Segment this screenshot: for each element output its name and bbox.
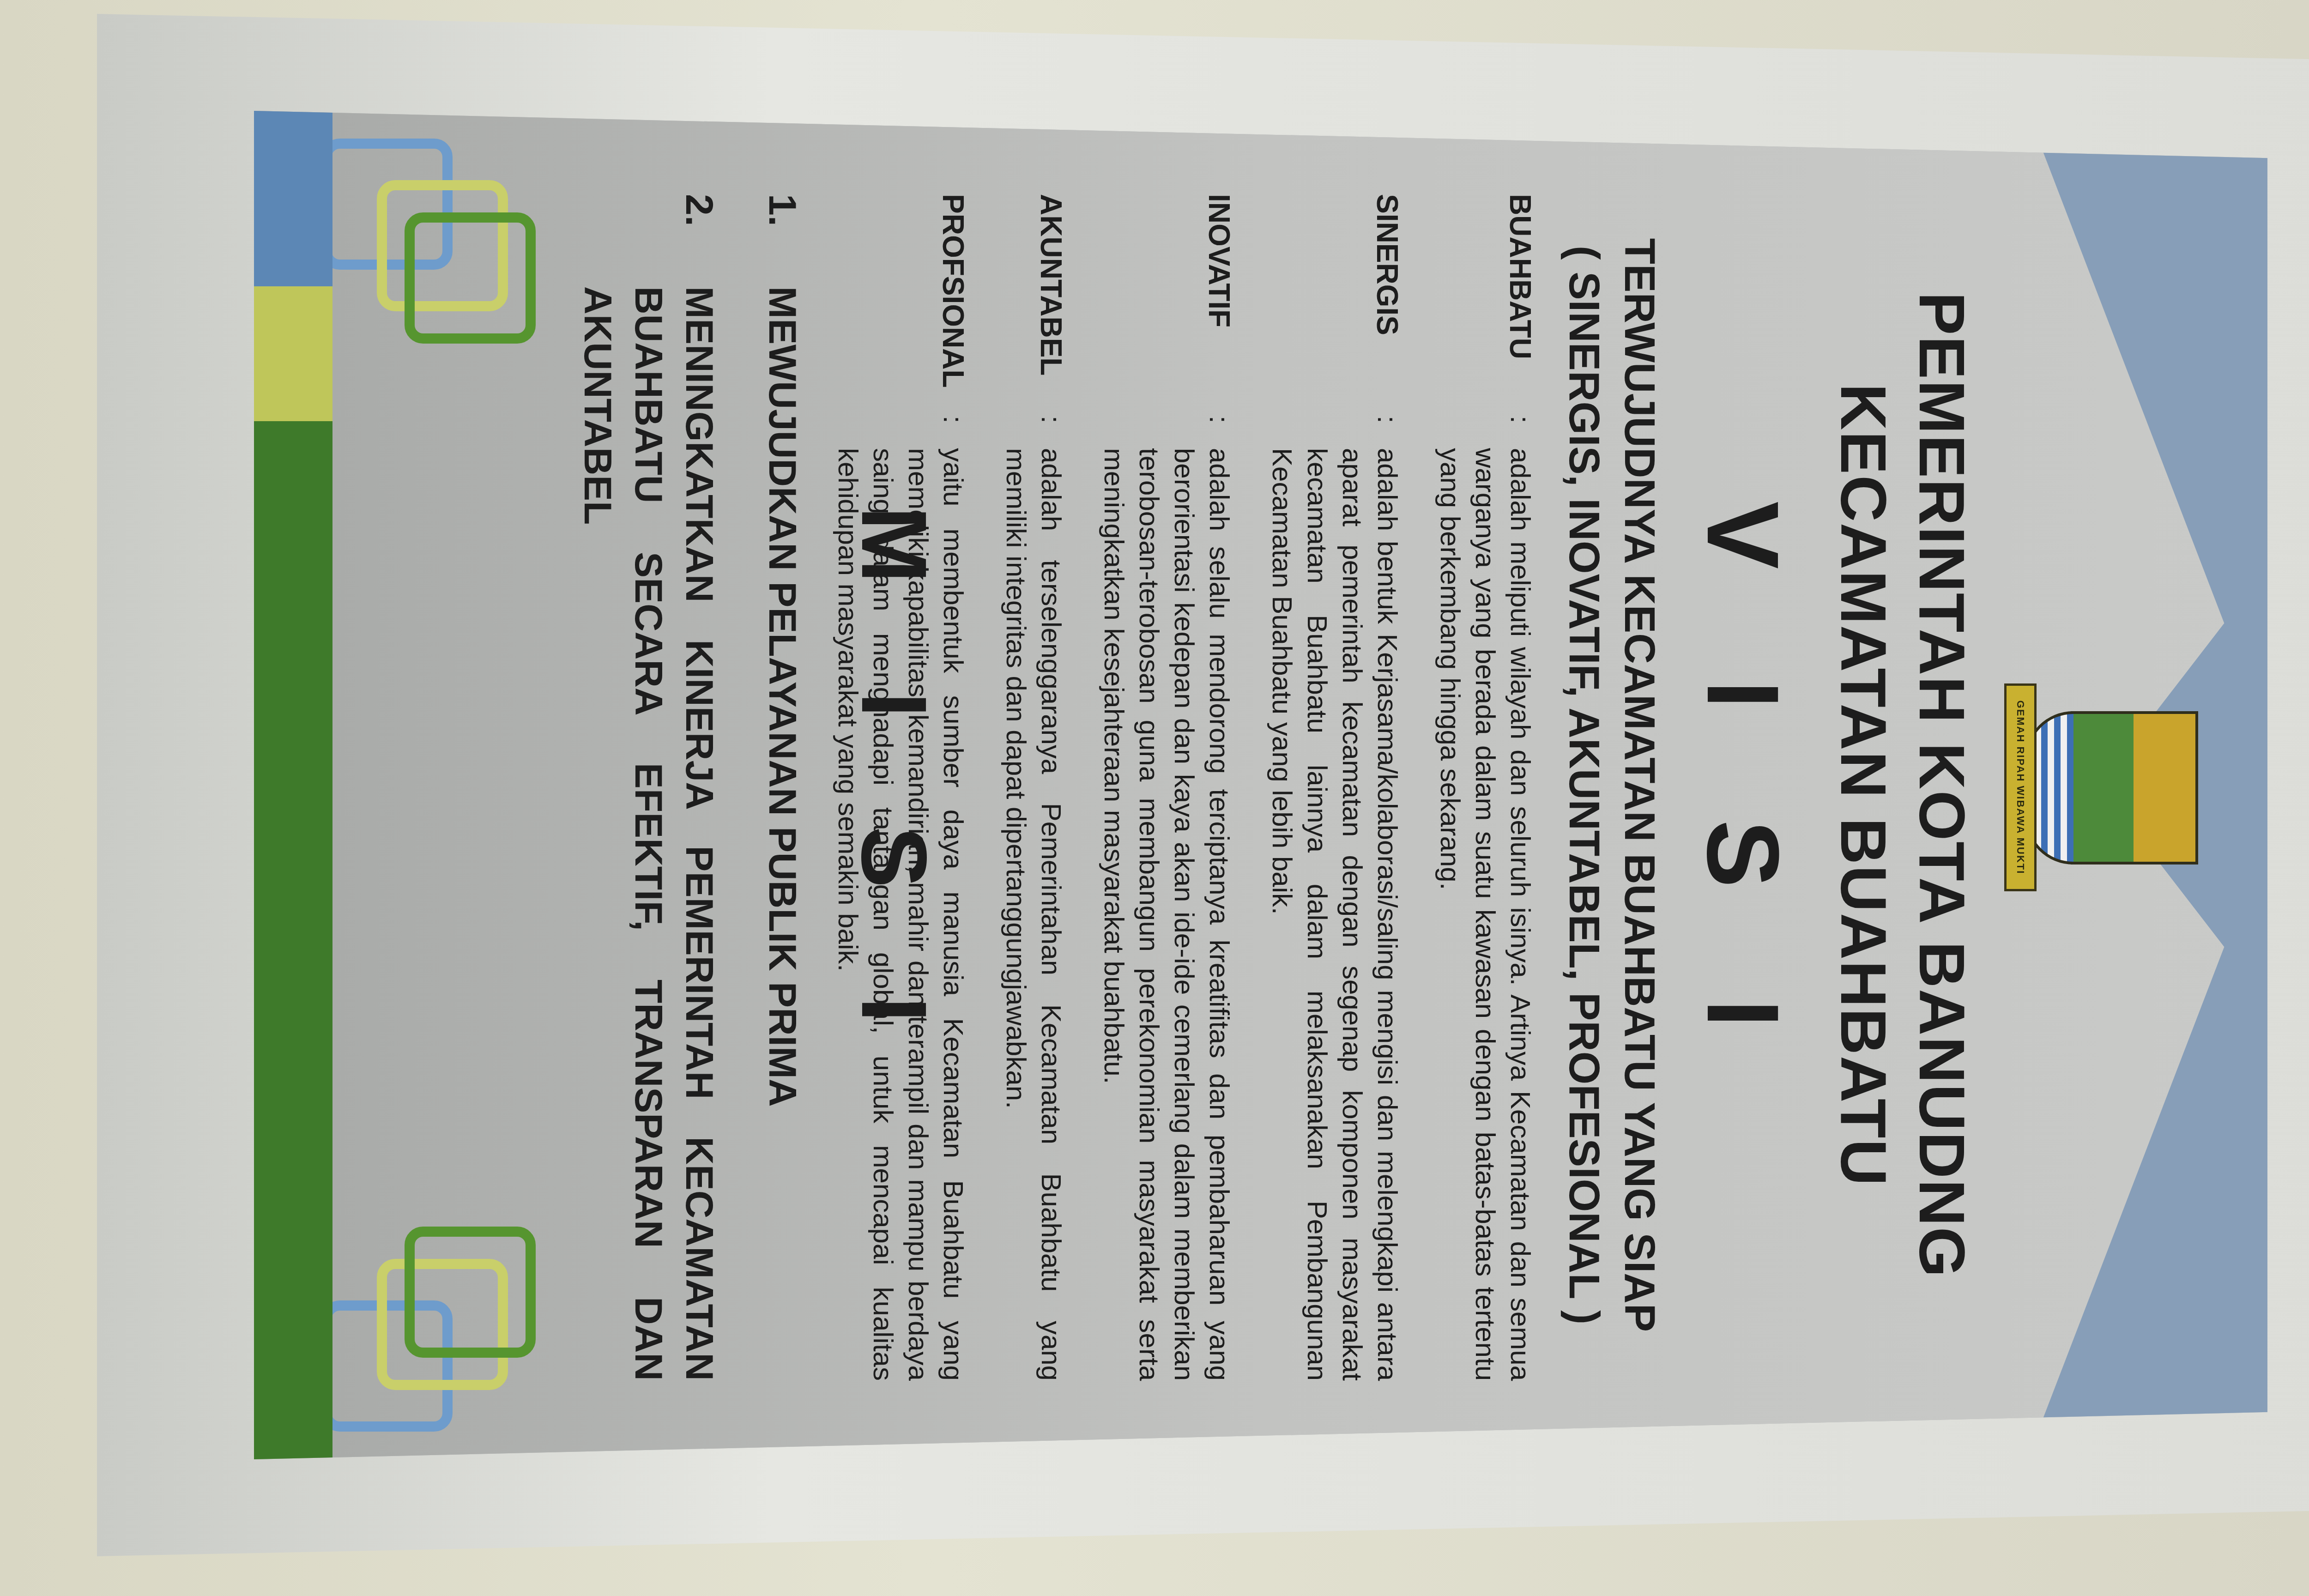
misi-item: 1. MEWUJUDKAN PELAYANAN PUBLIK PRIMA: [757, 194, 808, 1381]
visi-statement: TERWUJUDNYA KECAMATAN BUAHBATU YANG SIAP…: [1556, 111, 1667, 1459]
emblem-green-mountain: [2071, 711, 2134, 864]
decorative-squares-icon: [342, 1238, 536, 1432]
value-row: BUAHBATU : adalah meliputi wilayah dan s…: [1433, 194, 1538, 1381]
value-label: BUAHBATU: [1433, 194, 1538, 416]
value-text: adalah bentuk Kerjasama/kolaborasi/salin…: [1264, 448, 1405, 1381]
value-row: SINERGIS : adalah bentuk Kerjasama/kolab…: [1264, 194, 1405, 1381]
poster-viewport: GEMAH RIPAH WIBAWA MUKTI PEMERINTAH KOTA…: [254, 111, 2267, 1459]
value-label: SINERGIS: [1264, 194, 1405, 416]
value-text: adalah meliputi wilayah dan seluruh isin…: [1433, 448, 1538, 1381]
value-row: INOVATIF : adalah selalu mendorong terci…: [1096, 194, 1237, 1381]
value-label: AKUNTABEL: [998, 194, 1069, 416]
visi-misi-poster: GEMAH RIPAH WIBAWA MUKTI PEMERINTAH KOTA…: [254, 111, 2267, 1459]
misi-number: 2.: [573, 194, 725, 286]
value-text: adalah terselenggaranya Pemerintahan Kec…: [998, 448, 1069, 1381]
misi-text: MENINGKATKAN KINERJA PEMERINTAH KECAMATA…: [573, 286, 725, 1381]
visi-statement-line-1: TERWUJUDNYA KECAMATAN BUAHBATU YANG SIAP: [1612, 111, 1667, 1459]
value-text: adalah selalu mendorong terciptanya krea…: [1096, 448, 1237, 1381]
misi-item: 2. MENINGKATKAN KINERJA PEMERINTAH KECAM…: [573, 194, 725, 1381]
header-line-1: PEMERINTAH KOTA BANUDNG: [1903, 111, 1981, 1459]
misi-text: MEWUJUDKAN PELAYANAN PUBLIK PRIMA: [757, 286, 808, 1381]
emblem-motto: GEMAH RIPAH WIBAWA MUKTI: [2014, 701, 2026, 875]
color-stripe: [254, 111, 332, 1459]
poster-header: PEMERINTAH KOTA BANUDNG KECAMATAN BUAHBA…: [1824, 111, 1981, 1459]
visi-title: V I S I: [1684, 111, 1801, 1459]
city-emblem-icon: GEMAH RIPAH WIBAWA MUKTI: [2004, 702, 2198, 868]
misi-list: 1. MEWUJUDKAN PELAYANAN PUBLIK PRIMA 2. …: [540, 194, 808, 1381]
header-line-2: KECAMATAN BUAHBATU: [1824, 111, 1903, 1459]
decorative-squares-icon: [342, 139, 536, 332]
value-row: AKUNTABEL : adalah terselenggaranya Peme…: [998, 194, 1069, 1381]
emblem-ribbon: GEMAH RIPAH WIBAWA MUKTI: [2004, 683, 2037, 891]
visi-statement-line-2: ( SINERGIS, INOVATIF, AKUNTABEL, PROFESI…: [1556, 111, 1612, 1459]
misi-title: M I S I: [840, 111, 947, 1459]
misi-number: 1.: [757, 194, 808, 286]
value-label: INOVATIF: [1096, 194, 1237, 416]
